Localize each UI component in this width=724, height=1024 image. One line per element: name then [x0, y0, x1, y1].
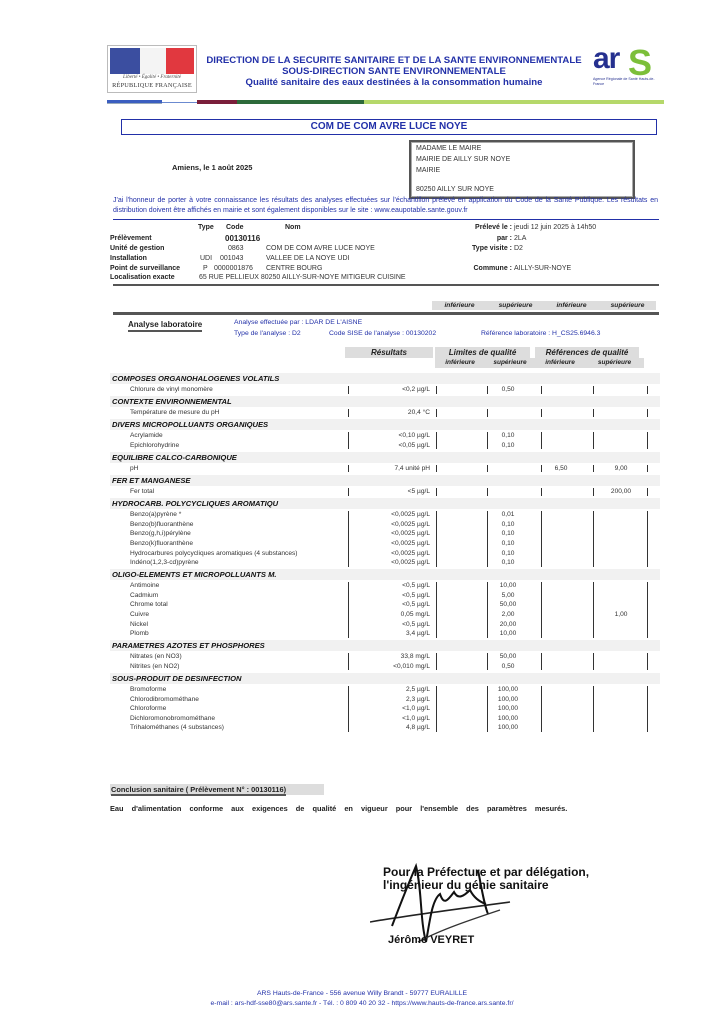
date-line: Amiens, le 1 août 2025: [172, 163, 252, 172]
parameter-name: Cadmium: [130, 591, 158, 601]
section-header: PARAMETRES AZOTES ET PHOSPHORES: [110, 640, 660, 651]
table-row: Chrome total<0,5 µg/L50,00: [0, 600, 724, 610]
column-rule: [487, 409, 488, 417]
signer-name: Jérôme VEYRET: [388, 934, 474, 946]
unite-gestion-nom: COM DE COM AVRE LUCE NOYE: [266, 245, 375, 252]
preleve-le-value: jeudi 12 juin 2025 à 14h50: [514, 224, 596, 231]
column-rule: [593, 511, 594, 567]
limit-sup-value: 10,00: [487, 629, 529, 639]
result-value: <0,0025 µg/L: [350, 549, 430, 559]
result-value: 20,4 °C: [350, 408, 430, 418]
column-rule: [593, 386, 594, 394]
table-row: Benzo(a)pyrène *<0,0025 µg/L0,01: [0, 510, 724, 520]
header-limites-qualite: Limites de qualité: [435, 347, 530, 358]
parameter-name: Température de mesure du pH: [130, 408, 219, 418]
table-row: Nitrates (en NO3)33,8 mg/L50,00: [0, 652, 724, 662]
result-value: <1,0 µg/L: [350, 714, 430, 724]
section-header: HYDROCARB. POLYCYCLIQUES AROMATIQU: [110, 498, 660, 509]
table-row: Acrylamide<0,10 µg/L0,10: [0, 431, 724, 441]
section-header: SOUS-PRODUIT DE DESINFECTION: [110, 673, 660, 684]
type-visite-value: D2: [514, 245, 523, 252]
column-rule: [487, 386, 488, 394]
result-value: <0,0025 µg/L: [350, 558, 430, 568]
conclusion-text: Eau d'alimentation conforme aux exigence…: [110, 804, 660, 813]
column-rule: [647, 582, 648, 638]
limit-sup-value: 0,10: [487, 549, 529, 559]
result-value: <5 µg/L: [350, 487, 430, 497]
column-rule: [647, 686, 648, 732]
table-row: Dichloromonobromométhane<1,0 µg/L100,00: [0, 714, 724, 724]
parameter-name: Acrylamide: [130, 431, 163, 441]
column-rule: [541, 409, 542, 417]
column-rule: [593, 653, 594, 670]
result-value: <0,0025 µg/L: [350, 510, 430, 520]
parameter-name: Fer total: [130, 487, 154, 497]
parameter-name: Indéno(1,2,3-cd)pyrène: [130, 558, 199, 568]
result-value: <0,5 µg/L: [350, 591, 430, 601]
parameter-name: pH: [130, 464, 138, 474]
unite-gestion-code: 0863: [228, 245, 244, 252]
result-value: <0,0025 µg/L: [350, 529, 430, 539]
column-rule: [348, 432, 349, 449]
column-rule: [541, 511, 542, 567]
commune-value: AILLY-SUR-NOYE: [514, 265, 571, 272]
conclusion-label: Conclusion sanitaire ( Prélèvement N° : …: [110, 784, 324, 795]
header-ref-inf: inférieure: [535, 358, 585, 368]
parameter-name: Antimoine: [130, 581, 159, 591]
reference-sup-value: 9,00: [595, 464, 647, 474]
result-value: <0,010 mg/L: [350, 662, 430, 672]
unite-gestion-label: Unité de gestion: [110, 245, 164, 252]
parameter-name: Epichlorohydrine: [130, 441, 179, 451]
localisation-label: Localisation exacte: [110, 274, 175, 281]
limit-sup-value: 0,10: [487, 520, 529, 530]
table-row: Epichlorohydrine<0,05 µg/L0,10: [0, 441, 724, 451]
column-rule: [593, 488, 594, 496]
parameter-name: Nitrites (en NO2): [130, 662, 179, 672]
point-surveillance-label: Point de surveillance: [110, 265, 180, 272]
result-value: <0,5 µg/L: [350, 581, 430, 591]
column-rule: [348, 386, 349, 394]
column-rule: [348, 686, 349, 732]
column-rule: [541, 432, 542, 449]
recipient-line: MAIRIE: [416, 167, 440, 174]
parameter-name: Nitrates (en NO3): [130, 652, 182, 662]
section-header: CONTEXTE ENVIRONNEMENTAL: [110, 396, 660, 407]
column-rule: [487, 686, 488, 732]
column-rule: [647, 488, 648, 496]
header-line2: SOUS-DIRECTION SANTE ENVIRONNEMENTALE: [196, 66, 592, 77]
header-resultats: Résultats: [345, 347, 433, 358]
recipient-line: 80250 AILLY SUR NOYE: [416, 186, 494, 193]
header-color-bars: [107, 100, 663, 105]
column-rule: [541, 488, 542, 496]
table-row: Bromoforme2,5 µg/L100,00: [0, 685, 724, 695]
parameter-name: Nickel: [130, 620, 148, 630]
table-row: Cuivre0,05 mg/L2,001,00: [0, 610, 724, 620]
section-header: OLIGO-ELEMENTS ET MICROPOLLUANTS M.: [110, 569, 660, 580]
par-label: par :: [440, 235, 512, 242]
limit-sup-value: 50,00: [487, 652, 529, 662]
limit-sup-value: 0,10: [487, 529, 529, 539]
column-rule: [593, 465, 594, 473]
result-value: <0,10 µg/L: [350, 431, 430, 441]
localisation-value: 65 RUE PELLIEUX 80250 AILLY-SUR-NOYE MIT…: [199, 274, 406, 281]
divider: [113, 312, 659, 315]
commune-label: Commune :: [440, 265, 512, 272]
table-row: Température de mesure du pH20,4 °C: [0, 408, 724, 418]
column-rule: [593, 409, 594, 417]
limit-sup-value: 100,00: [487, 723, 529, 733]
type-analyse: Type de l'analyse : D2: [234, 330, 301, 337]
column-rule: [436, 409, 437, 417]
section-header: FER ET MANGANESE: [110, 475, 660, 486]
limit-sup-value: 0,50: [487, 385, 529, 395]
table-row: Chlorodibromométhane2,3 µg/L100,00: [0, 695, 724, 705]
limit-sup-value: 100,00: [487, 714, 529, 724]
limit-sup-value: 100,00: [487, 704, 529, 714]
installation-type: UDI: [200, 255, 212, 262]
column-rule: [436, 465, 437, 473]
marianne-flag-icon: [110, 48, 194, 74]
column-rule: [593, 432, 594, 449]
parameter-name: Benzo(k)fluoranthène: [130, 539, 193, 549]
result-value: 0,05 mg/L: [350, 610, 430, 620]
point-surveillance-code: 0000001876: [214, 265, 253, 272]
republique-francaise-logo: Liberté • Égalité • Fraternité RÉPUBLIQU…: [107, 45, 197, 93]
table-row: Chlorure de vinyl monomère<0,2 µg/L0,50: [0, 385, 724, 395]
column-rule: [487, 653, 488, 670]
reference-sup-value: 1,00: [595, 610, 647, 620]
intro-paragraph: J'ai l'honneur de porter à votre connais…: [113, 196, 658, 215]
table-row: Benzo(b)fluoranthène<0,0025 µg/L0,10: [0, 520, 724, 530]
result-value: 3,4 µg/L: [350, 629, 430, 639]
parameter-name: Benzo(b)fluoranthène: [130, 520, 193, 530]
column-rule: [647, 511, 648, 567]
column-rule: [647, 432, 648, 449]
column-rule: [348, 582, 349, 638]
ars-logo: ar S Agence Régionale de Santé Hauts-de-…: [591, 48, 661, 92]
result-value: <0,0025 µg/L: [350, 539, 430, 549]
limit-sup-value: 0,10: [487, 431, 529, 441]
installation-nom: VALLEE DE LA NOYE UDI: [266, 255, 350, 262]
reference-sup-value: 200,00: [595, 487, 647, 497]
limit-sup-value: 10,00: [487, 581, 529, 591]
republic-name: RÉPUBLIQUE FRANÇAISE: [110, 82, 194, 89]
divider: [113, 284, 659, 286]
section-header: EQUILIBRE CALCO-CARBONIQUE: [110, 452, 660, 463]
header-line3: Qualité sanitaire des eaux destinées à l…: [196, 77, 592, 88]
prelevement-code: 00130116: [225, 234, 260, 243]
result-value: <0,2 µg/L: [350, 385, 430, 395]
column-rule: [593, 582, 594, 638]
column-rule: [647, 386, 648, 394]
ars-subtitle: Agence Régionale de Santé Hauts-de-Franc…: [593, 77, 661, 87]
limit-sup-value: 0,10: [487, 539, 529, 549]
preleve-le-label: Prélevé le :: [440, 224, 512, 231]
par-value: 2LA: [514, 235, 526, 242]
top-header-sup: supérieure: [487, 301, 544, 310]
republic-motto: Liberté • Égalité • Fraternité: [110, 75, 194, 80]
parameter-name: Hydrocarbures polycycliques aromatiques …: [130, 549, 297, 559]
table-row: Nitrites (en NO2)<0,010 mg/L0,50: [0, 662, 724, 672]
column-rule: [436, 582, 437, 638]
header-lim-inf: inférieure: [435, 358, 485, 368]
footer-contact-text: e-mail : ars-hdf-sse80@ars.sante.fr - Té…: [211, 1000, 392, 1007]
result-value: 2,3 µg/L: [350, 695, 430, 705]
section-header: DIVERS MICROPOLLUANTS ORGANIQUES: [110, 419, 660, 430]
column-rule: [541, 386, 542, 394]
column-rule: [436, 386, 437, 394]
column-rule: [348, 409, 349, 417]
column-rule: [487, 488, 488, 496]
table-row: Fer total<5 µg/L200,00: [0, 487, 724, 497]
recipient-address-box: MADAME LE MAIRE MAIRIE DE AILLY SUR NOYE…: [409, 140, 635, 199]
column-rule: [487, 511, 488, 567]
limit-sup-value: 5,00: [487, 591, 529, 601]
result-value: <0,5 µg/L: [350, 620, 430, 630]
top-header-inf: inférieure: [432, 301, 487, 310]
result-value: 7,4 unité pH: [350, 464, 430, 474]
table-row: pH7,4 unité pH6,509,00: [0, 464, 724, 474]
result-value: 4,8 µg/L: [350, 723, 430, 733]
limit-sup-value: 100,00: [487, 695, 529, 705]
limit-sup-value: 2,00: [487, 610, 529, 620]
footer-contact: e-mail : ars-hdf-sse80@ars.sante.fr - Té…: [0, 1000, 724, 1007]
table-row: Plomb3,4 µg/L10,00: [0, 629, 724, 639]
column-rule: [541, 465, 542, 473]
result-value: <1,0 µg/L: [350, 704, 430, 714]
column-rule: [436, 511, 437, 567]
column-rule: [348, 653, 349, 670]
column-rule: [436, 432, 437, 449]
ars-logo-text: ar: [593, 42, 619, 76]
point-surveillance-type: P: [203, 265, 208, 272]
column-rule: [348, 511, 349, 567]
limit-sup-value: 0,50: [487, 662, 529, 672]
table-row: Indéno(1,2,3-cd)pyrène<0,0025 µg/L0,10: [0, 558, 724, 568]
column-rule: [487, 465, 488, 473]
column-rule: [593, 686, 594, 732]
type-visite-label: Type visite :: [440, 245, 512, 252]
parameter-name: Bromoforme: [130, 685, 166, 695]
conclusion-label-text: Conclusion sanitaire ( Prélèvement N° : …: [111, 785, 286, 796]
column-rule: [436, 653, 437, 670]
table-row: Hydrocarbures polycycliques aromatiques …: [0, 549, 724, 559]
column-rule: [487, 432, 488, 449]
prelevement-label: Prélèvement: [110, 235, 152, 242]
column-rule: [487, 582, 488, 638]
column-rule: [647, 465, 648, 473]
top-header-inf: inférieure: [544, 301, 599, 310]
footer-address: ARS Hauts-de-France - 556 avenue Willy B…: [0, 990, 724, 997]
column-rule: [541, 653, 542, 670]
column-rule: [436, 686, 437, 732]
col-code-header: Code: [226, 224, 244, 231]
recipient-line: MADAME LE MAIRE: [416, 145, 481, 152]
header-line1: DIRECTION DE LA SECURITE SANITAIRE ET DE…: [196, 55, 592, 66]
recipient-line: MAIRIE DE AILLY SUR NOYE: [416, 156, 510, 163]
column-rule: [436, 488, 437, 496]
table-row: Trihalométhanes (4 substances)4,8 µg/L10…: [0, 723, 724, 733]
col-nom-header: Nom: [285, 224, 301, 231]
table-row: Benzo(k)fluoranthène<0,0025 µg/L0,10: [0, 539, 724, 549]
table-row: Cadmium<0,5 µg/L5,00: [0, 591, 724, 601]
top-header-sup: supérieure: [599, 301, 656, 310]
reference-inf-value: 6,50: [540, 464, 582, 474]
parameter-name: Cuivre: [130, 610, 149, 620]
column-rule: [647, 653, 648, 670]
section-header: COMPOSES ORGANOHALOGENES VOLATILS: [110, 373, 660, 384]
installation-code: 001043: [220, 255, 243, 262]
limit-sup-value: 50,00: [487, 600, 529, 610]
header-lim-sup: supérieure: [485, 358, 535, 368]
divider: [113, 219, 659, 220]
analyse-effectuee-par: Analyse effectuée par : LDAR DE L'AISNE: [234, 319, 362, 326]
result-value: <0,5 µg/L: [350, 600, 430, 610]
code-sise-analyse: Code SISE de l'analyse : 00130202: [329, 330, 436, 337]
collectivite-title: COM DE COM AVRE LUCE NOYE: [121, 119, 657, 135]
installation-label: Installation: [110, 255, 147, 262]
parameter-name: Benzo(g,h,i)pérylène: [130, 529, 191, 539]
header-ref-sup: supérieure: [585, 358, 644, 368]
col-type-header: Type: [198, 224, 214, 231]
reference-laboratoire: Référence laboratoire : H_CS25.6946.3: [481, 330, 600, 337]
result-value: 33,8 mg/L: [350, 652, 430, 662]
header-references-qualite: Références de qualité: [535, 347, 639, 358]
parameter-name: Chlorodibromométhane: [130, 695, 199, 705]
parameter-name: Dichloromonobromométhane: [130, 714, 215, 724]
parameter-name: Chrome total: [130, 600, 168, 610]
column-rule: [348, 488, 349, 496]
limit-sup-value: 0,10: [487, 558, 529, 568]
table-row: Antimoine<0,5 µg/L10,00: [0, 581, 724, 591]
column-rule: [647, 409, 648, 417]
parameter-name: Chlorure de vinyl monomère: [130, 385, 213, 395]
limit-sup-value: 20,00: [487, 620, 529, 630]
result-value: 2,5 µg/L: [350, 685, 430, 695]
parameter-name: Benzo(a)pyrène *: [130, 510, 181, 520]
column-rule: [348, 465, 349, 473]
parameter-name: Chloroforme: [130, 704, 166, 714]
limit-sup-value: 0,01: [487, 510, 529, 520]
parameter-name: Trihalométhanes (4 substances): [130, 723, 224, 733]
table-row: Nickel<0,5 µg/L20,00: [0, 620, 724, 630]
limit-sup-value: 0,10: [487, 441, 529, 451]
limit-sup-value: 100,00: [487, 685, 529, 695]
result-value: <0,0025 µg/L: [350, 520, 430, 530]
result-value: <0,05 µg/L: [350, 441, 430, 451]
table-row: Chloroforme<1,0 µg/L100,00: [0, 704, 724, 714]
parameter-name: Plomb: [130, 629, 149, 639]
column-rule: [541, 582, 542, 638]
point-surveillance-nom: CENTRE BOURG: [266, 265, 322, 272]
column-rule: [541, 686, 542, 732]
footer-website-link[interactable]: https://www.hauts-de-france.ars.sante.fr…: [391, 1000, 513, 1007]
analyse-laboratoire-label: Analyse laboratoire: [128, 320, 202, 332]
table-row: Benzo(g,h,i)pérylène<0,0025 µg/L0,10: [0, 529, 724, 539]
